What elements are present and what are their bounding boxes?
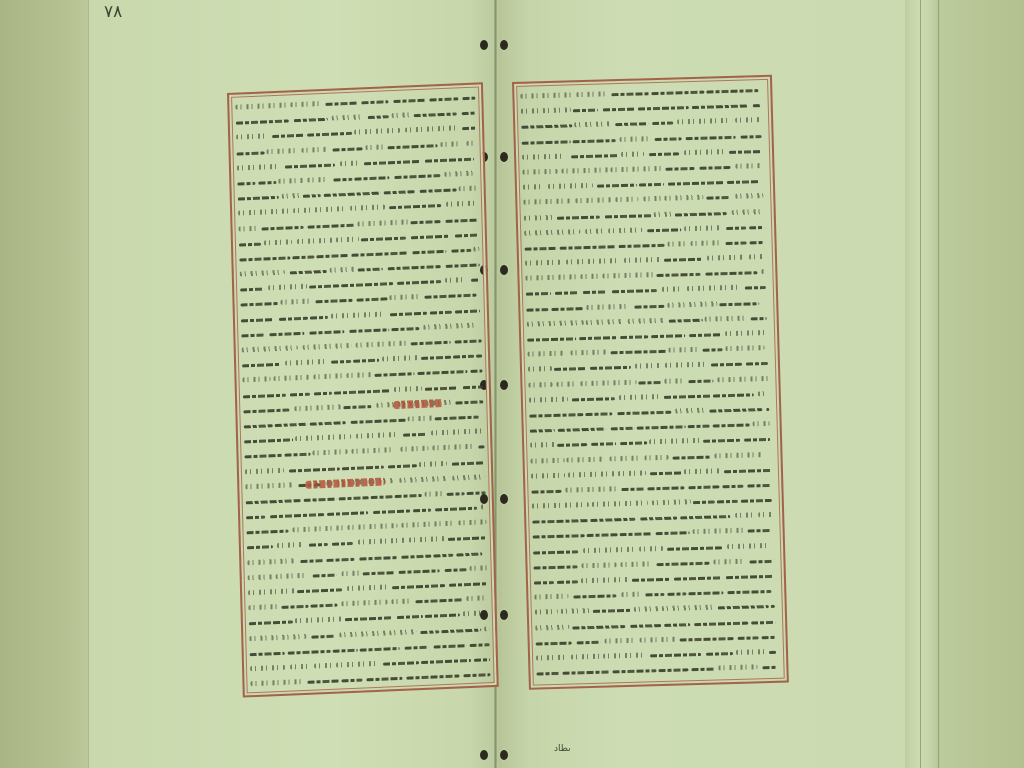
page-edges: [905, 0, 941, 768]
script-word: [664, 394, 711, 398]
script-word: [478, 446, 484, 449]
script-word: [726, 575, 774, 579]
script-word: [435, 507, 477, 512]
script-word: [313, 374, 343, 380]
script-word: [238, 209, 290, 216]
script-word: [651, 91, 704, 95]
script-word: [449, 582, 488, 587]
script-word: [535, 624, 569, 630]
script-word: [250, 665, 285, 671]
script-word: [349, 328, 389, 333]
script-word: [248, 588, 295, 595]
script-word: [662, 287, 684, 293]
script-word: [310, 421, 346, 426]
script-word: [713, 558, 746, 564]
script-word: [420, 630, 439, 634]
script-word: [358, 538, 406, 545]
folio-number: ٧٨: [104, 2, 122, 22]
script-word: [571, 154, 618, 158]
script-word: [762, 666, 776, 669]
script-word: [562, 671, 610, 675]
script-word: [520, 92, 571, 98]
script-word: [548, 183, 593, 189]
script-word: [699, 166, 730, 170]
script-word: [650, 653, 701, 657]
script-word: [307, 177, 329, 183]
script-word: [529, 396, 568, 402]
script-word: [735, 513, 753, 519]
script-word: [354, 176, 389, 180]
script-word: [413, 509, 431, 513]
script-word: [524, 229, 580, 236]
script-word: [395, 494, 422, 498]
script-word: [446, 264, 480, 268]
script-word: [356, 432, 398, 439]
script-word: [618, 470, 646, 476]
script-word: [573, 139, 616, 143]
script-word: [242, 377, 270, 383]
script-word: [245, 482, 294, 489]
script-word: [425, 157, 474, 162]
script-word: [749, 560, 773, 564]
script-word: [481, 504, 486, 509]
background-right: [940, 0, 1024, 768]
script-word: [521, 108, 571, 114]
script-word: [334, 389, 390, 394]
script-word: [280, 299, 311, 305]
script-word: [535, 609, 558, 615]
script-word: [474, 658, 490, 662]
script-word: [585, 412, 612, 416]
script-word: [382, 355, 419, 362]
script-word: [250, 679, 302, 686]
script-word: [630, 624, 661, 628]
script-word: [751, 620, 775, 624]
script-word: [295, 617, 342, 624]
script-word: [654, 211, 672, 217]
script-word: [285, 163, 335, 168]
script-word: [311, 634, 334, 638]
script-word: [236, 134, 269, 140]
script-word: [621, 151, 644, 157]
script-word: [356, 341, 408, 348]
script-word: [637, 425, 686, 429]
script-word: [590, 518, 635, 522]
script-word: [668, 241, 687, 247]
script-word: [269, 332, 304, 336]
script-word: [246, 499, 301, 504]
script-word: [573, 594, 616, 598]
script-word: [243, 408, 289, 413]
script-word: [744, 438, 770, 442]
script-word: [620, 335, 648, 339]
script-word: [680, 637, 734, 642]
script-word: [530, 429, 555, 433]
script-word: [247, 558, 295, 565]
script-word: [458, 520, 486, 526]
script-word: [566, 456, 604, 462]
script-word: [290, 664, 310, 670]
script-word: [333, 648, 358, 652]
script-word: [363, 571, 395, 575]
script-word: [585, 228, 605, 234]
script-word: [705, 271, 757, 275]
script-word: [308, 223, 355, 228]
script-word: [639, 183, 664, 187]
script-word: [435, 416, 479, 421]
script-word: [634, 304, 664, 308]
script-word: [275, 423, 308, 427]
script-word: [294, 404, 341, 411]
script-word: [644, 454, 668, 460]
script-word: [429, 97, 458, 101]
script-word: [748, 529, 772, 533]
script-word: [310, 315, 328, 319]
script-word: [400, 446, 428, 452]
script-word: [738, 636, 759, 640]
script-word: [327, 511, 368, 516]
script-word: [583, 291, 607, 295]
script-word: [656, 561, 709, 565]
script-word: [243, 393, 286, 398]
script-word: [688, 425, 710, 429]
script-word: [732, 209, 764, 215]
script-word: [528, 382, 552, 388]
script-word: [632, 578, 670, 582]
script-word: [420, 189, 457, 194]
script-word: [741, 135, 762, 139]
script-word: [711, 363, 742, 367]
script-word: [525, 274, 577, 280]
script-word: [533, 535, 585, 539]
script-word: [237, 151, 265, 155]
script-word: [405, 126, 458, 133]
script-word: [324, 192, 381, 197]
script-word: [762, 636, 776, 639]
script-word: [522, 140, 571, 144]
script-word: [557, 443, 587, 447]
script-word: [719, 302, 759, 306]
script-word: [638, 380, 662, 384]
script-word: [241, 302, 279, 307]
script-word: [713, 393, 754, 397]
script-word: [527, 320, 584, 327]
script-word: [309, 543, 328, 547]
script-word: [577, 640, 601, 644]
script-word: [238, 196, 279, 201]
script-word: [669, 319, 703, 323]
script-word: [735, 117, 761, 123]
script-word: [421, 356, 451, 360]
script-word: [664, 195, 703, 201]
script-word: [724, 469, 771, 473]
script-word: [466, 140, 476, 145]
script-word: [309, 285, 339, 289]
script-word: [532, 502, 589, 509]
script-word: [576, 91, 606, 97]
script-word: [248, 604, 277, 610]
script-word: [615, 197, 638, 203]
script-word: [753, 421, 770, 426]
script-word: [635, 363, 660, 369]
script-word: [640, 636, 676, 642]
script-word: [647, 228, 681, 232]
script-word: [473, 246, 479, 251]
script-word: [276, 573, 308, 579]
script-word: [433, 553, 453, 557]
script-word: [689, 333, 722, 337]
script-word: [471, 279, 480, 282]
script-word: [536, 641, 572, 645]
script-word: [667, 593, 686, 597]
script-word: [403, 433, 426, 437]
script-word: [350, 205, 385, 211]
script-word: [656, 532, 690, 536]
script-word: [408, 415, 433, 421]
script-word: [292, 525, 344, 532]
script-word: [771, 605, 775, 608]
script-word: [536, 655, 569, 661]
script-word: [484, 626, 489, 631]
script-word: [746, 362, 768, 366]
script-word: [651, 334, 685, 338]
script-word: [452, 474, 485, 480]
script-word: [602, 272, 654, 278]
script-word: [409, 536, 446, 543]
script-word: [346, 372, 372, 378]
script-word: [391, 599, 412, 605]
script-word: [650, 471, 682, 475]
script-word: [361, 100, 388, 104]
script-word: [462, 97, 475, 101]
script-word: [316, 254, 348, 258]
script-word: [664, 258, 703, 262]
script-word: [358, 268, 383, 272]
script-word: [726, 241, 747, 245]
sewing-hole: [500, 40, 508, 50]
script-word: [268, 284, 307, 291]
script-word: [621, 592, 641, 598]
script-word: [713, 424, 750, 428]
script-word: [307, 132, 352, 137]
script-word: [534, 565, 578, 569]
rubric-red-ink: [393, 399, 443, 409]
script-word: [339, 630, 386, 637]
script-word: [470, 565, 488, 571]
script-word: [331, 311, 386, 318]
script-word: [245, 467, 284, 474]
script-word: [365, 144, 384, 150]
script-word: [351, 251, 408, 256]
script-word: [736, 649, 767, 655]
script-word: [389, 294, 420, 300]
script-word: [463, 611, 489, 617]
script-word: [248, 574, 273, 580]
script-word: [741, 499, 772, 503]
script-word: [714, 452, 763, 458]
script-word: [665, 167, 694, 171]
script-word: [575, 198, 613, 204]
background-left: [0, 0, 92, 768]
script-word: [313, 573, 337, 577]
script-word: [615, 123, 648, 127]
script-word: [417, 370, 467, 375]
script-word: [373, 510, 410, 515]
script-word: [652, 499, 691, 505]
script-word: [297, 237, 333, 244]
script-word: [326, 557, 354, 561]
script-word: [445, 568, 467, 572]
script-word: [357, 219, 408, 226]
script-word: [568, 471, 616, 477]
script-word: [668, 181, 725, 186]
script-word: [270, 513, 324, 518]
script-word: [530, 442, 555, 448]
script-word: [528, 351, 566, 357]
script-word: [245, 454, 283, 459]
script-word: [300, 559, 324, 563]
script-word: [297, 588, 342, 593]
script-word: [643, 196, 661, 202]
script-word: [667, 301, 717, 307]
script-word: [727, 590, 771, 594]
script-word: [425, 491, 445, 497]
script-word: [356, 298, 387, 302]
script-word: [684, 149, 726, 155]
script-word: [455, 339, 482, 343]
catchword: ىطاد: [554, 744, 571, 754]
script-word: [455, 309, 480, 313]
script-word: [557, 215, 600, 219]
script-word: [667, 546, 722, 551]
script-word: [691, 240, 722, 246]
script-word: [611, 92, 649, 96]
script-word: [531, 457, 565, 463]
script-word: [706, 89, 758, 93]
script-word: [244, 424, 273, 428]
script-word: [237, 164, 281, 171]
script-word: [583, 546, 636, 552]
script-word: [634, 606, 660, 612]
script-word: [295, 434, 351, 441]
script-word: [264, 239, 292, 245]
script-word: [587, 534, 618, 538]
sewing-hole: [500, 750, 508, 760]
script-word: [706, 652, 733, 656]
script-word: [258, 181, 276, 185]
script-word: [399, 476, 448, 483]
sewing-hole: [500, 380, 508, 390]
script-word: [652, 122, 673, 126]
script-word: [399, 569, 440, 574]
script-word: [470, 370, 482, 374]
script-word: [242, 363, 281, 368]
script-word: [725, 345, 764, 351]
script-word: [383, 661, 419, 666]
script-word: [572, 625, 625, 629]
script-word: [309, 330, 344, 334]
script-word: [304, 497, 337, 501]
script-word: [456, 552, 482, 556]
script-word: [523, 199, 570, 205]
script-word: [703, 439, 740, 443]
script-word: [394, 174, 440, 179]
script-word: [565, 486, 619, 493]
script-word: [241, 333, 265, 337]
script-word: [397, 280, 441, 285]
script-word: [314, 663, 332, 669]
script-word: [432, 444, 476, 451]
script-word: [282, 193, 301, 199]
script-word: [693, 528, 745, 534]
script-word: [336, 236, 359, 242]
script-word: [307, 680, 339, 684]
script-word: [612, 289, 657, 293]
script-word: [591, 443, 616, 447]
script-word: [284, 453, 310, 457]
script-word: [354, 128, 400, 135]
script-word: [462, 127, 476, 131]
script-word: [397, 615, 423, 619]
script-word: [325, 102, 357, 106]
script-word: [581, 577, 628, 583]
script-word: [316, 299, 353, 304]
script-word: [431, 428, 484, 435]
script-word: [239, 242, 261, 246]
script-word: [244, 438, 293, 443]
script-word: [574, 122, 610, 128]
script-word: [684, 225, 721, 231]
script-word: [580, 274, 600, 280]
script-word: [415, 599, 462, 604]
script-word: [364, 160, 420, 165]
script-word: [597, 184, 637, 188]
script-word: [580, 379, 636, 386]
script-word: [753, 104, 761, 107]
script-word: [238, 225, 257, 231]
script-word: [290, 392, 310, 396]
script-word: [612, 669, 656, 673]
script-word: [277, 542, 304, 548]
script-word: [718, 605, 769, 609]
script-word: [561, 608, 590, 614]
script-word: [343, 405, 371, 409]
script-word: [242, 345, 298, 352]
script-word: [290, 101, 323, 107]
script-word: [390, 311, 427, 316]
script-word: [240, 288, 264, 292]
script-word: [745, 286, 766, 290]
script-word: [662, 605, 714, 611]
script-word: [750, 241, 765, 244]
script-word: [688, 591, 723, 595]
script-word: [526, 308, 548, 312]
script-word: [747, 484, 771, 488]
script-word: [424, 294, 476, 299]
script-word: [401, 521, 456, 528]
script-word: [691, 668, 714, 672]
script-word: [250, 652, 285, 656]
script-word: [332, 114, 364, 120]
script-word: [735, 193, 763, 199]
script-word: [294, 118, 328, 122]
script-word: [393, 99, 426, 103]
script-word: [528, 366, 552, 372]
script-word: [451, 249, 471, 253]
script-word: [414, 113, 457, 118]
script-word: [668, 347, 699, 353]
script-word: [339, 496, 369, 500]
